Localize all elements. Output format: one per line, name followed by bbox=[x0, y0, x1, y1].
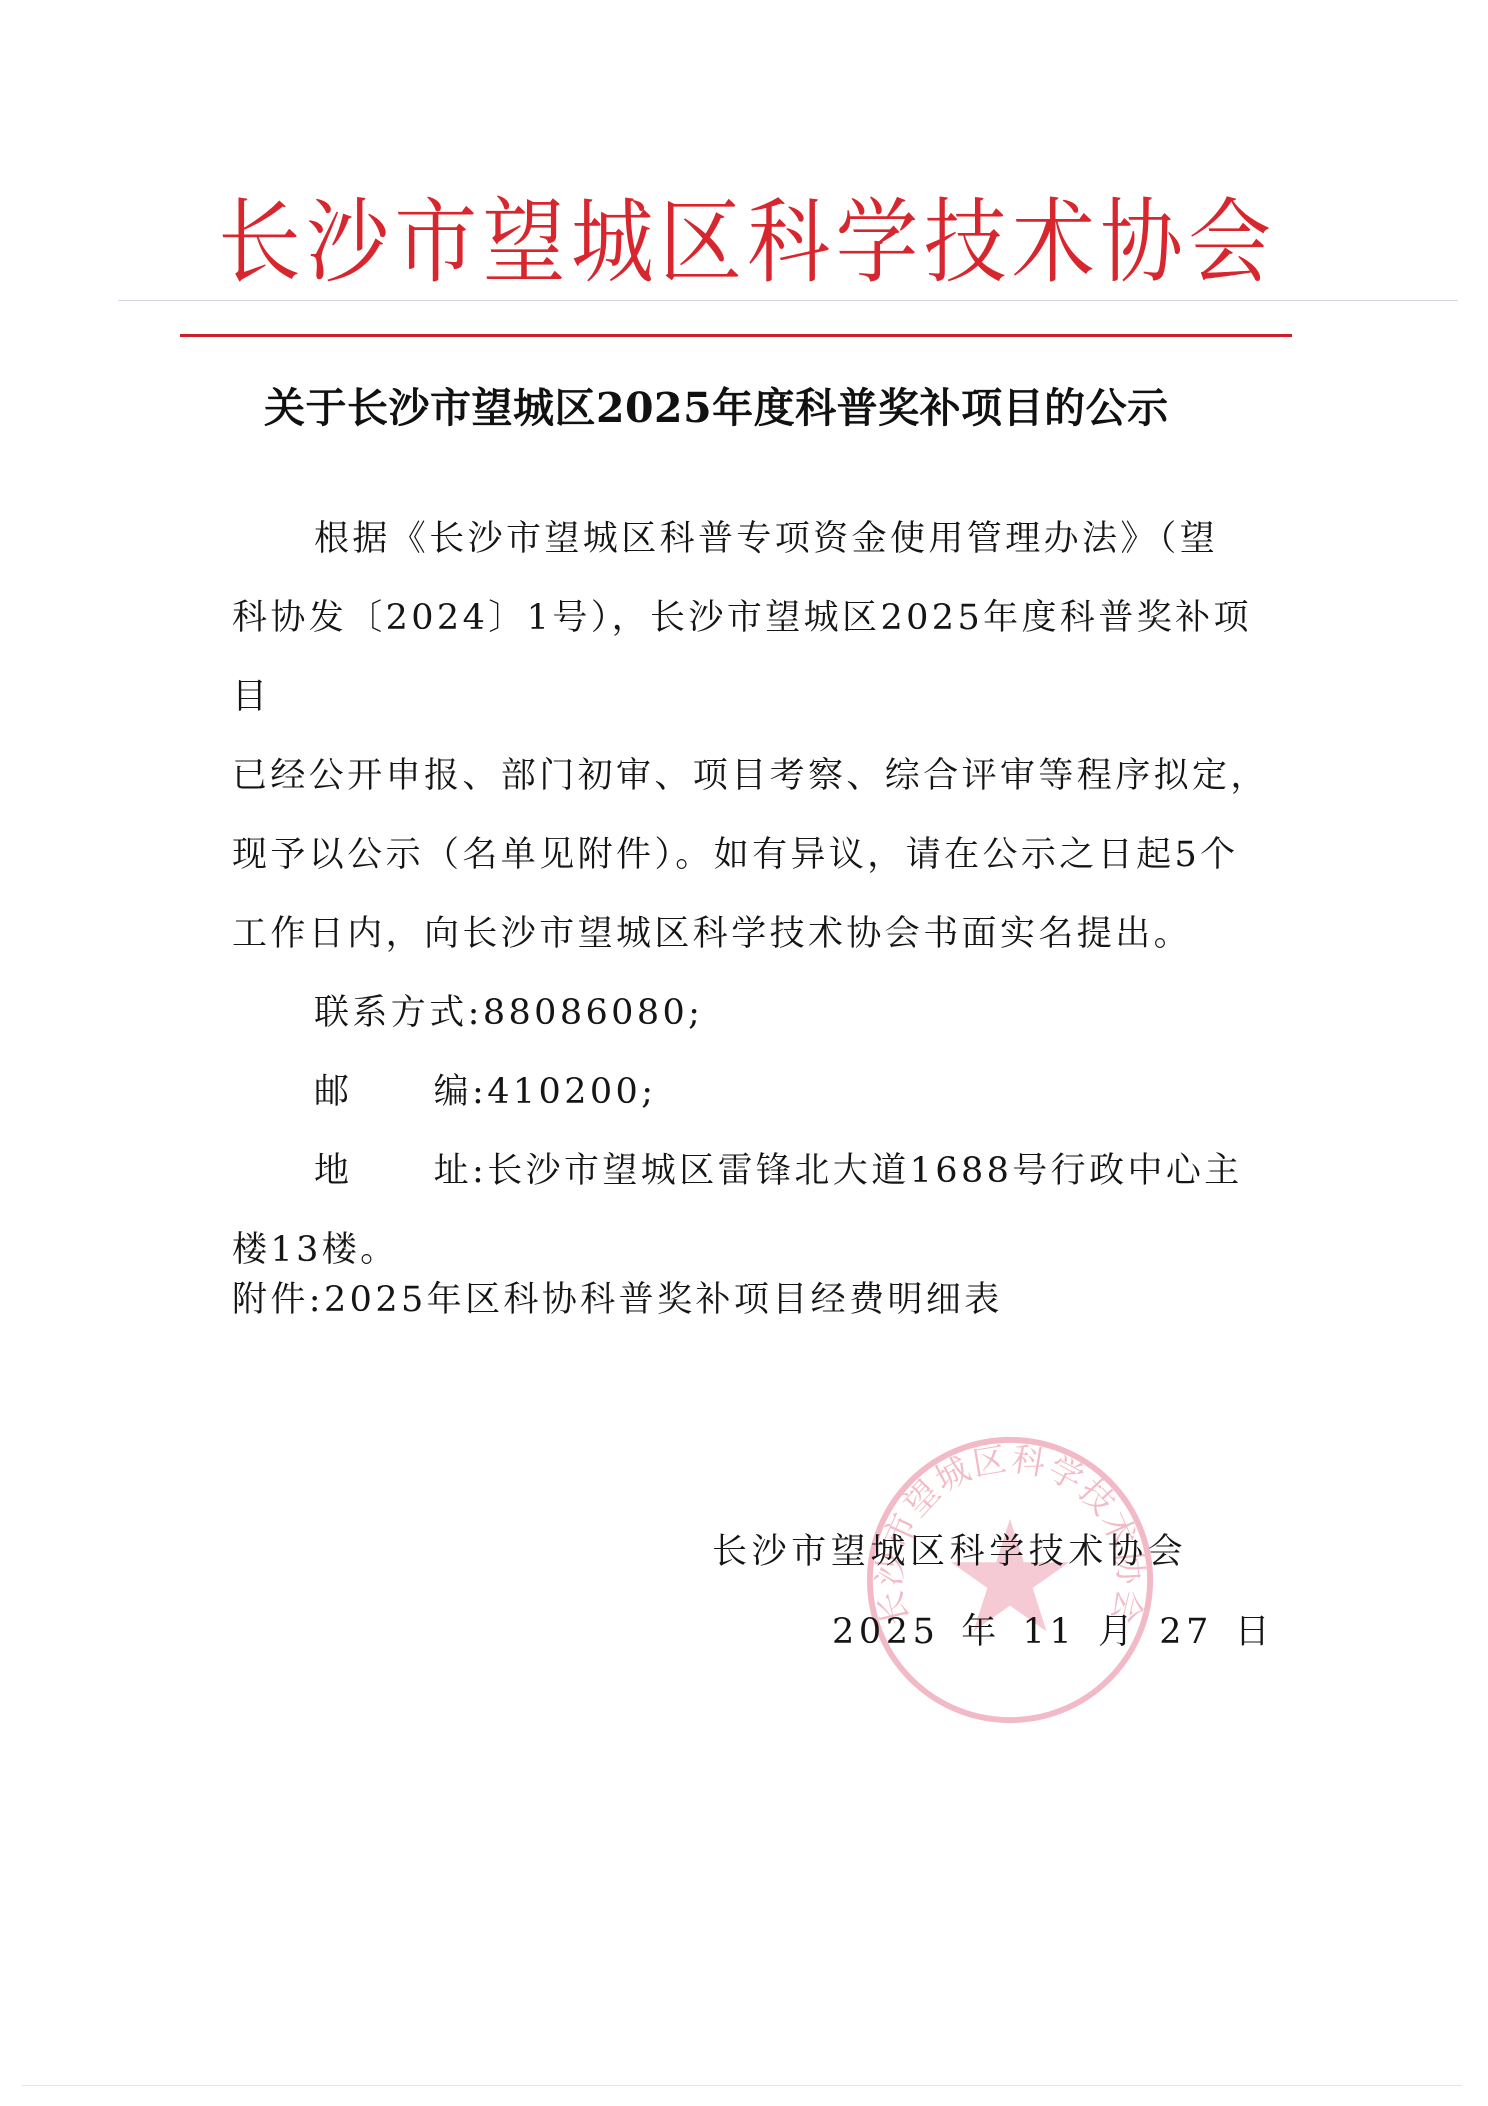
contact-postcode-row: 邮 编 : 410200; bbox=[232, 1053, 1272, 1132]
letterhead-char: 技 bbox=[924, 178, 1012, 308]
paragraph-line: 根据《长沙市望城区科普专项资金使用管理办法》（望 bbox=[232, 500, 1272, 579]
letterhead-char: 区 bbox=[659, 178, 747, 308]
postcode-value: 410200; bbox=[487, 1053, 656, 1132]
letterhead-char: 会 bbox=[1188, 178, 1276, 308]
phone-label: 联系方式 bbox=[314, 974, 468, 1053]
paragraph-line: 工作日内，向长沙市望城区科学技术协会书面实名提出。 bbox=[232, 895, 1272, 974]
letterhead-red-rule bbox=[180, 334, 1292, 337]
contact-phone-row: 联系方式 : 88086080; bbox=[232, 974, 1272, 1053]
address-label: 地 址 bbox=[314, 1132, 472, 1211]
letterhead-char: 长 bbox=[218, 178, 306, 308]
postcode-label: 邮 编 bbox=[314, 1053, 472, 1132]
letterhead-char: 科 bbox=[747, 178, 835, 308]
postcode-label-char: 编 bbox=[434, 1053, 472, 1132]
address-value: 长沙市望城区雷锋北大道1688号行政中心主 bbox=[487, 1132, 1242, 1211]
document-title: 关于长沙市望城区2025年度科普奖补项目的公示 bbox=[264, 378, 1244, 438]
attachment-note: 附件:2025年区科协科普奖补项目经费明细表 bbox=[232, 1270, 1003, 1330]
document-body: 根据《长沙市望城区科普专项资金使用管理办法》（望 科协发〔2024〕1号），长沙… bbox=[232, 500, 1272, 1290]
document-page: 长 沙 市 望 城 区 科 学 技 术 协 会 关于长沙市望城区2025年度科普… bbox=[0, 0, 1488, 2106]
letterhead-org-name: 长 沙 市 望 城 区 科 学 技 术 协 会 bbox=[218, 178, 1172, 308]
label-separator: : bbox=[472, 1132, 487, 1211]
letterhead-char: 望 bbox=[483, 178, 571, 308]
letterhead-char: 学 bbox=[835, 178, 923, 308]
paragraph-line: 已经公开申报、部门初审、项目考察、综合评审等程序拟定， bbox=[232, 737, 1272, 816]
label-separator: : bbox=[468, 974, 483, 1053]
letterhead-char: 城 bbox=[571, 178, 659, 308]
paragraph-line: 科协发〔2024〕1号），长沙市望城区2025年度科普奖补项目 bbox=[232, 579, 1272, 737]
contact-address-row: 地 址 : 长沙市望城区雷锋北大道1688号行政中心主 bbox=[232, 1132, 1272, 1211]
postcode-label-char: 邮 bbox=[314, 1053, 352, 1132]
letterhead-char: 协 bbox=[1100, 178, 1188, 308]
signature-date: 2025 年 11 月 27 日 bbox=[832, 1602, 1274, 1662]
paragraph-line: 现予以公示（名单见附件）。如有异议，请在公示之日起5个 bbox=[232, 816, 1272, 895]
scan-artifact-line bbox=[22, 2085, 1462, 2086]
phone-value: 88086080; bbox=[483, 974, 704, 1053]
address-label-char: 地 bbox=[314, 1132, 352, 1211]
address-label-char: 址 bbox=[434, 1132, 472, 1211]
signature-org: 长沙市望城区科学技术协会 bbox=[712, 1522, 1187, 1582]
label-separator: : bbox=[472, 1053, 487, 1132]
letterhead-char: 市 bbox=[394, 178, 482, 308]
letterhead-char: 沙 bbox=[306, 178, 394, 308]
letterhead-char: 术 bbox=[1012, 178, 1100, 308]
